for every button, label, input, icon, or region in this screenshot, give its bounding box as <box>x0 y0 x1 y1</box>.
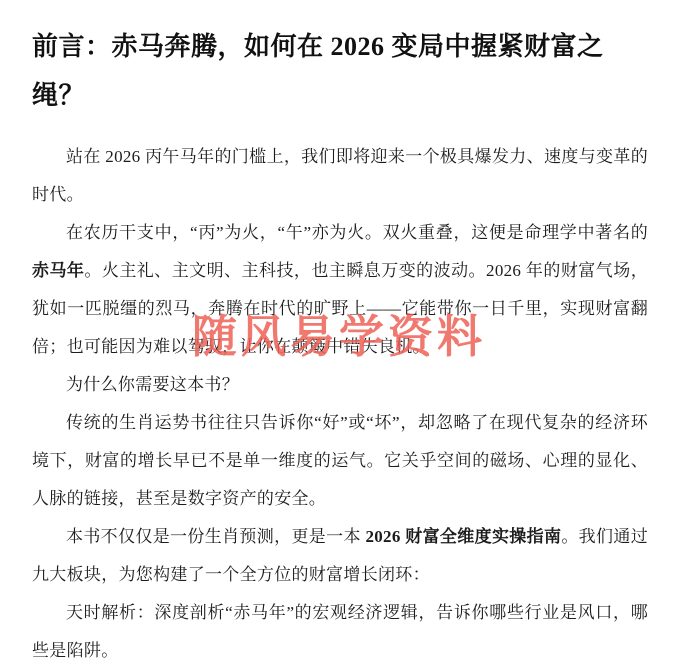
text-run: 本书不仅仅是一份生肖预测，更是一本 <box>66 527 365 546</box>
text-run: 在农历干支中，“丙”为火，“午”亦为火。双火重叠，这便是命理学中著名的 <box>66 223 648 242</box>
text-run: 天时解析：深度剖析“赤马年”的宏观经济逻辑，告诉你哪些行业是风口，哪些是陷阱。 <box>32 603 648 660</box>
paragraph: 天时解析：深度剖析“赤马年”的宏观经济逻辑，告诉你哪些行业是风口，哪些是陷阱。 <box>32 594 648 667</box>
text-run: 为什么你需要这本书？ <box>66 375 239 394</box>
document-body: 站在 2026 丙午马年的门槛上，我们即将迎来一个极具爆发力、速度与变革的时代。… <box>32 138 648 667</box>
bold-text-run: 2026 财富全维度实操指南 <box>365 527 561 546</box>
paragraph: 为什么你需要这本书？ <box>32 366 648 404</box>
text-run: 传统的生肖运势书往往只告诉你“好”或“坏”，却忽略了在现代复杂的经济环境下，财富… <box>32 413 648 508</box>
paragraph: 站在 2026 丙午马年的门槛上，我们即将迎来一个极具爆发力、速度与变革的时代。 <box>32 138 648 214</box>
document-page: 前言：赤马奔腾，如何在 2026 变局中握紧财富之绳？ 站在 2026 丙午马年… <box>0 0 678 667</box>
bold-text-run: 赤马年 <box>32 261 84 280</box>
paragraph: 本书不仅仅是一份生肖预测，更是一本 2026 财富全维度实操指南。我们通过九大板… <box>32 518 648 594</box>
text-run: 站在 2026 丙午马年的门槛上，我们即将迎来一个极具爆发力、速度与变革的时代。 <box>32 147 648 204</box>
paragraph: 在农历干支中，“丙”为火，“午”亦为火。双火重叠，这便是命理学中著名的赤马年。火… <box>32 214 648 366</box>
page-title: 前言：赤马奔腾，如何在 2026 变局中握紧财富之绳？ <box>32 22 648 120</box>
text-run: 。火主礼、主文明、主科技，也主瞬息万变的波动。2026 年的财富气场，犹如一匹脱… <box>32 261 648 356</box>
paragraph: 传统的生肖运势书往往只告诉你“好”或“坏”，却忽略了在现代复杂的经济环境下，财富… <box>32 404 648 518</box>
